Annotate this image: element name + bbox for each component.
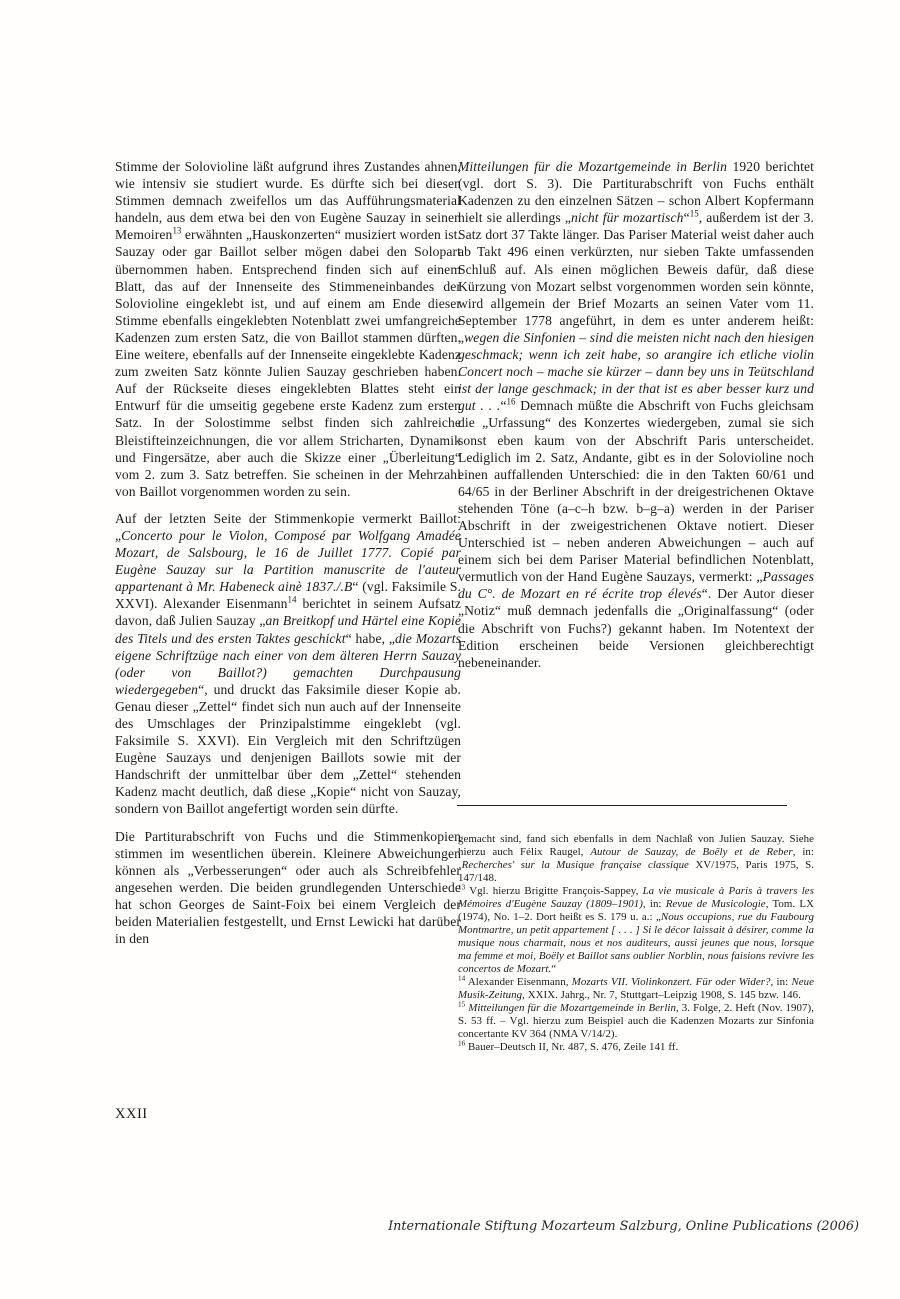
footnote: 14 Alexander Eisenmann, Mozarts VII. Vio… [458, 976, 814, 1002]
document-page: Stimme der Solovioline läßt aufgrund ihr… [0, 0, 900, 1299]
paragraph: Stimme der Solovioline läßt aufgrund ihr… [115, 158, 461, 500]
footnotes-block: gemacht sind, fand sich ebenfalls in dem… [458, 833, 814, 1054]
footnote: 15 Mitteilungen für die Mozartgemeinde i… [458, 1002, 814, 1041]
footnote: 13 Vgl. hierzu Brigitte François-Sappey,… [458, 885, 814, 976]
paragraph: Die Partiturabschrift von Fuchs und die … [115, 828, 461, 948]
footnote-separator [457, 805, 787, 806]
page-number: XXII [115, 1106, 148, 1123]
footnote: 16 Bauer–Deutsch II, Nr. 487, S. 476, Ze… [458, 1041, 814, 1054]
paragraph: Auf der letzten Seite der Stimmenkopie v… [115, 510, 461, 818]
right-text-column: Mitteilungen für die Mozartgemeinde in B… [458, 158, 814, 671]
footer-credit: Internationale Stiftung Mozarteum Salzbu… [388, 1219, 859, 1234]
paragraph: Mitteilungen für die Mozartgemeinde in B… [458, 158, 814, 671]
footnote: gemacht sind, fand sich ebenfalls in dem… [458, 833, 814, 885]
left-text-column: Stimme der Solovioline läßt aufgrund ihr… [115, 158, 461, 947]
